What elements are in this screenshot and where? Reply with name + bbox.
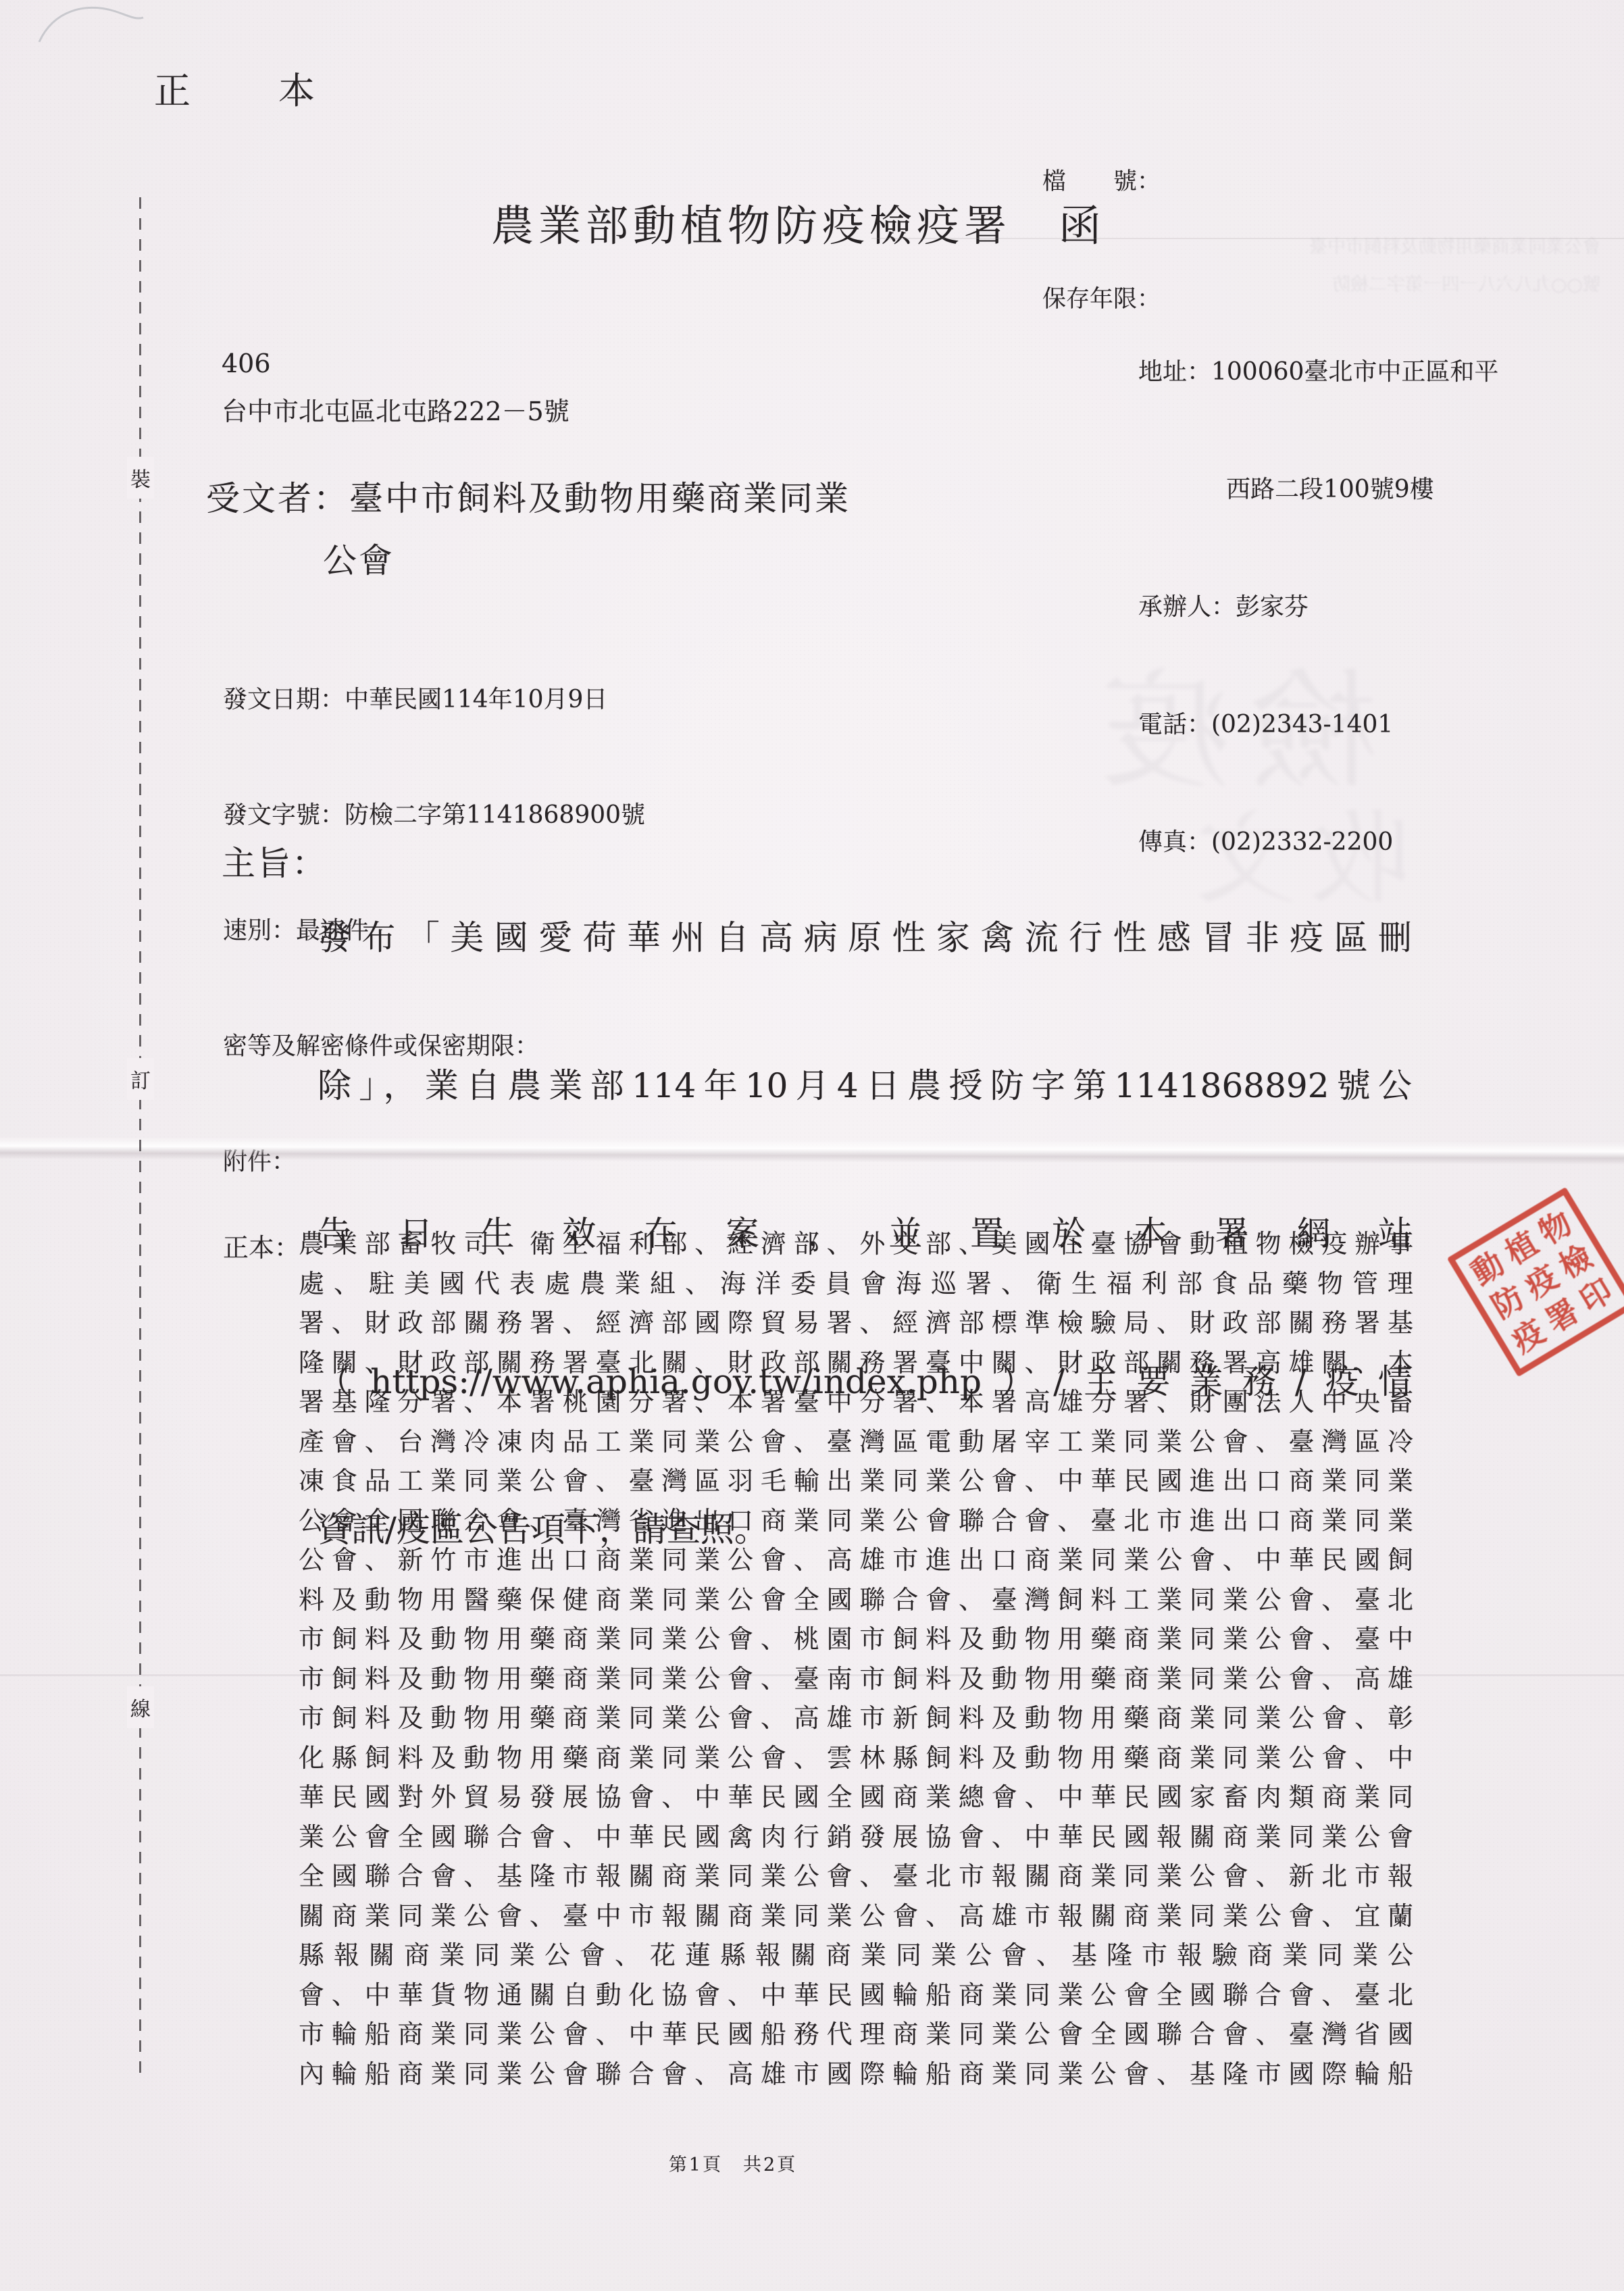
page-number: 第1頁 共2頁 [567, 2150, 898, 2176]
official-red-seal: 動植物防疫檢疫署印 [1447, 1187, 1624, 1377]
binding-mark-ding: 訂 [127, 1058, 154, 1100]
binding-mark-xian: 線 [127, 1686, 154, 1728]
recipient-postal-code: 406 [222, 349, 271, 378]
copies-list-line: 處、駐美國代表處農業組、海洋委員會海巡署、衛生福利部食品藥物管理 [299, 1264, 1413, 1304]
recipient-street-address: 台中市北屯區北屯路222－5號 [222, 391, 569, 428]
issue-date: 發文日期：中華民國114年10月9日 [223, 680, 645, 719]
copies-list-line: 縣報關商業同業公會、花蓮縣報關商業同業公會、基隆市報驗商業同業公 [299, 1936, 1413, 1975]
document-title: 農業部動植物防疫檢疫署 函 [0, 192, 1597, 253]
copies-list-label: 正本： [223, 1227, 300, 1264]
seal-character: 疫 [1507, 1315, 1550, 1357]
copies-list-line: 署、財政部關務署、經濟部國際貿易署、經濟部標準檢驗局、財政部關務署基 [299, 1303, 1413, 1343]
copy-type-label: 正 本 [154, 62, 340, 114]
subject-label: 主旨： [222, 836, 327, 885]
copies-list-line: 產會、台灣冷凍肉品工業同業公會、臺灣區電動屠宰工業同業公會、臺灣區冷 [299, 1422, 1413, 1462]
copies-list-line: 隆關、財政部關務署臺北關、財政部關務署臺中關、財政部關務署高雄關、本 [299, 1343, 1413, 1383]
copies-list-line: 業公會全國聯合會、中華民國禽肉行銷發展協會、中華民國報關商業同業公會 [299, 1817, 1413, 1857]
sender-contact-person: 承辦人：彭家芬 [1138, 588, 1498, 627]
recipient-name-line2: 公會 [323, 534, 395, 582]
copies-list: 農業部畜牧司、衛生福利部、經濟部、外交部、美國在臺協會動植物檢疫辦事處、駐美國代… [299, 1224, 1413, 2094]
seal-character: 署 [1541, 1294, 1583, 1337]
subject-line: 除」，業自農業部114年10月4日農授防字第1141868892號公 [318, 1063, 1412, 1132]
subject-line: 發布「美國愛荷華州自高病原性家禽流行性感冒非疫區刪 [318, 915, 1412, 984]
copies-list-line: 農業部畜牧司、衛生福利部、經濟部、外交部、美國在臺協會動植物檢疫辦事 [299, 1224, 1413, 1264]
paper-crease-faint-top [871, 238, 1624, 239]
binding-mark-zhuang: 裝 [127, 457, 154, 499]
copies-list-line: 署基隆分署、本署桃園分署、本署臺中分署、本署高雄分署、財團法人中央畜 [299, 1382, 1413, 1422]
copies-list-line: 關商業同業公會、臺中市報關商業同業公會、高雄市報關商業同業公會、宜蘭 [299, 1896, 1413, 1936]
copies-list-line: 化縣飼料及動物用藥商業同業公會、雲林縣飼料及動物用藥商業同業公會、中 [299, 1738, 1413, 1778]
copies-list-line: 市飼料及動物用藥商業同業公會、臺南市飼料及動物用藥商業同業公會、高雄 [299, 1659, 1413, 1699]
copies-list-line: 會、中華貨物通關自動化協會、中華民國輪船商業同業公會全國聯合會、臺北 [299, 1975, 1413, 2015]
copies-list-line: 市飼料及動物用藥商業同業公會、高雄市新飼料及動物用藥商業同業公會、彰 [299, 1698, 1413, 1738]
sender-phone: 電話：(02)2343-1401 [1138, 705, 1498, 745]
document-number: 發文字號：防檢二字第1141868900號 [223, 796, 645, 834]
copies-list-line: 全國聯合會、基隆市報關商業同業公會、臺北市報關商業同業公會、新北市報 [299, 1857, 1413, 1896]
copies-list-line: 公會、新竹市進出口商業同業公會、高雄市進出口商業同業公會、中華民國飼 [299, 1540, 1413, 1580]
sender-address-line2: 西路二段100號9樓 [1138, 470, 1498, 509]
copies-list-line: 華民國對外貿易發展協會、中華民國全國商業總會、中華民國家畜肉類商業同 [299, 1778, 1413, 1817]
sender-address-line1: 地址：100060臺北市中正區和平 [1138, 353, 1498, 392]
copies-list-line: 市飼料及動物用藥商業同業公會、桃園市飼料及動物用藥商業同業公會、臺中 [299, 1619, 1413, 1659]
scanned-official-letter-page: 會公業同業商藥用物動及料飼市中臺 號○○九八六八一四一第字二檢防 檢疫 收文 正… [0, 0, 1624, 2291]
seal-character: 印 [1575, 1274, 1617, 1317]
copies-list-line: 公會全國聯合會、臺灣省進出口商業同業公會聯合會、臺北市進出口商業同業 [299, 1501, 1413, 1541]
copies-list-line: 凍食品工業同業公會、臺灣區羽毛輸出業同業公會、中華民國進出口商業同業 [299, 1461, 1413, 1501]
copies-list-line: 市輪船商業同業公會、中華民國船務代理商業同業公會全國聯合會、臺灣省國 [299, 2015, 1413, 2055]
copies-list-line: 內輪船商業同業公會聯合會、高雄市國際輪船商業同業公會、基隆市國際輪船 [299, 2055, 1413, 2094]
pen-mark [34, 0, 149, 47]
copies-list-line: 料及動物用醫藥保健商業同業公會全國聯合會、臺灣飼料工業同業公會、臺北 [299, 1580, 1413, 1620]
recipient-name-line1: 受文者：臺中市飼料及動物用藥商業同業 [206, 472, 851, 520]
